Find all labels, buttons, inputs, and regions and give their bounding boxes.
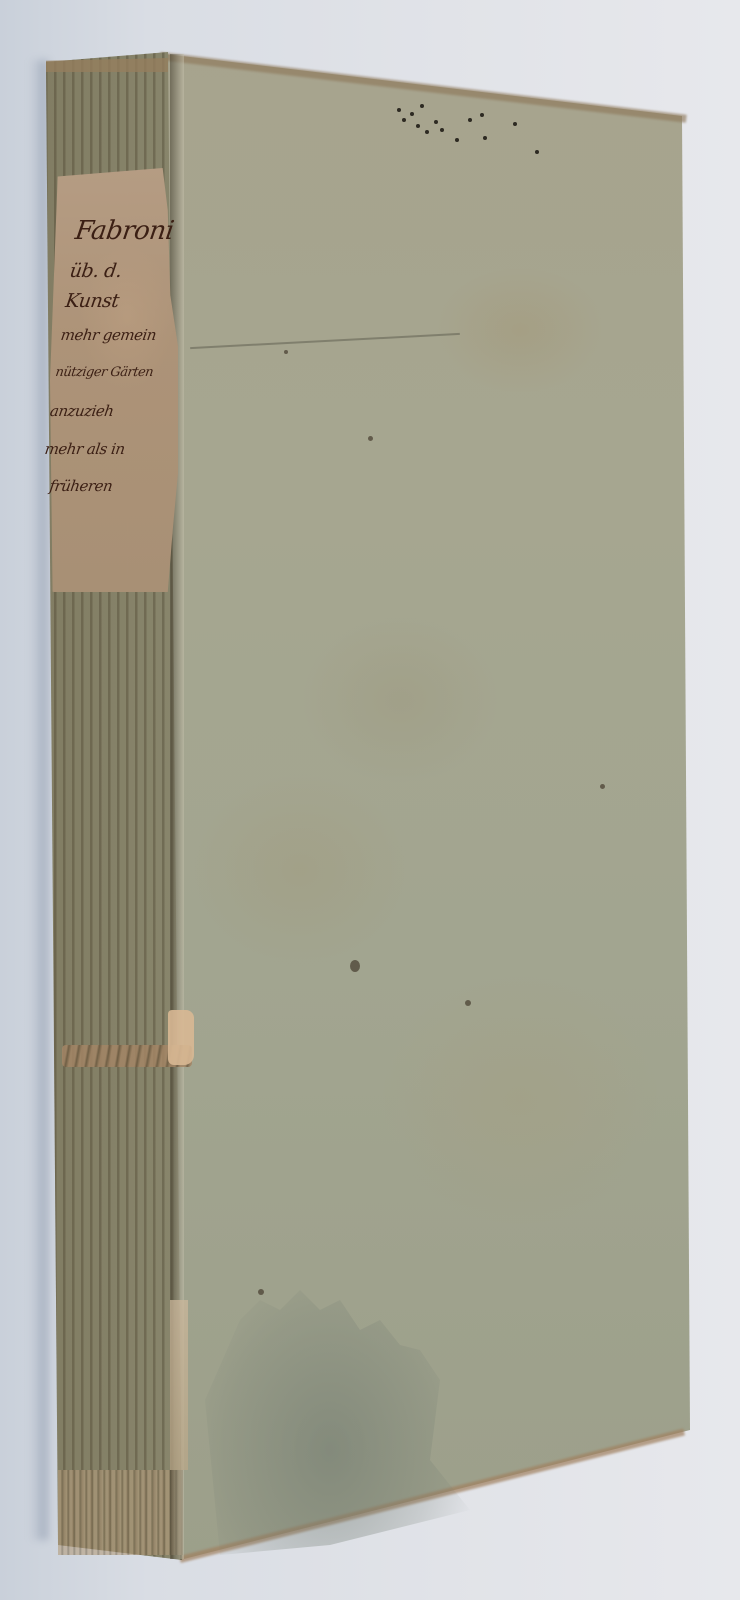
- book-shadow: [30, 60, 48, 1540]
- label-line: anzuzieh: [48, 396, 170, 426]
- label-line: früheren: [38, 472, 160, 500]
- label-line: Fabroni: [72, 210, 196, 252]
- label-line: mehr als in: [43, 434, 165, 464]
- book-photograph: Fabroni üb. d. Kunst mehr gemein nützige…: [0, 0, 740, 1600]
- label-line: Kunst: [64, 290, 185, 312]
- label-line: nütziger Gärten: [53, 358, 175, 388]
- label-line: üb. d.: [68, 260, 189, 282]
- hinge-wear: [170, 1300, 188, 1470]
- spine-top-edge: [46, 58, 168, 72]
- spine-tear: [168, 1010, 194, 1065]
- label-line: mehr gemein: [59, 320, 181, 350]
- page-block-edge: [58, 1470, 183, 1555]
